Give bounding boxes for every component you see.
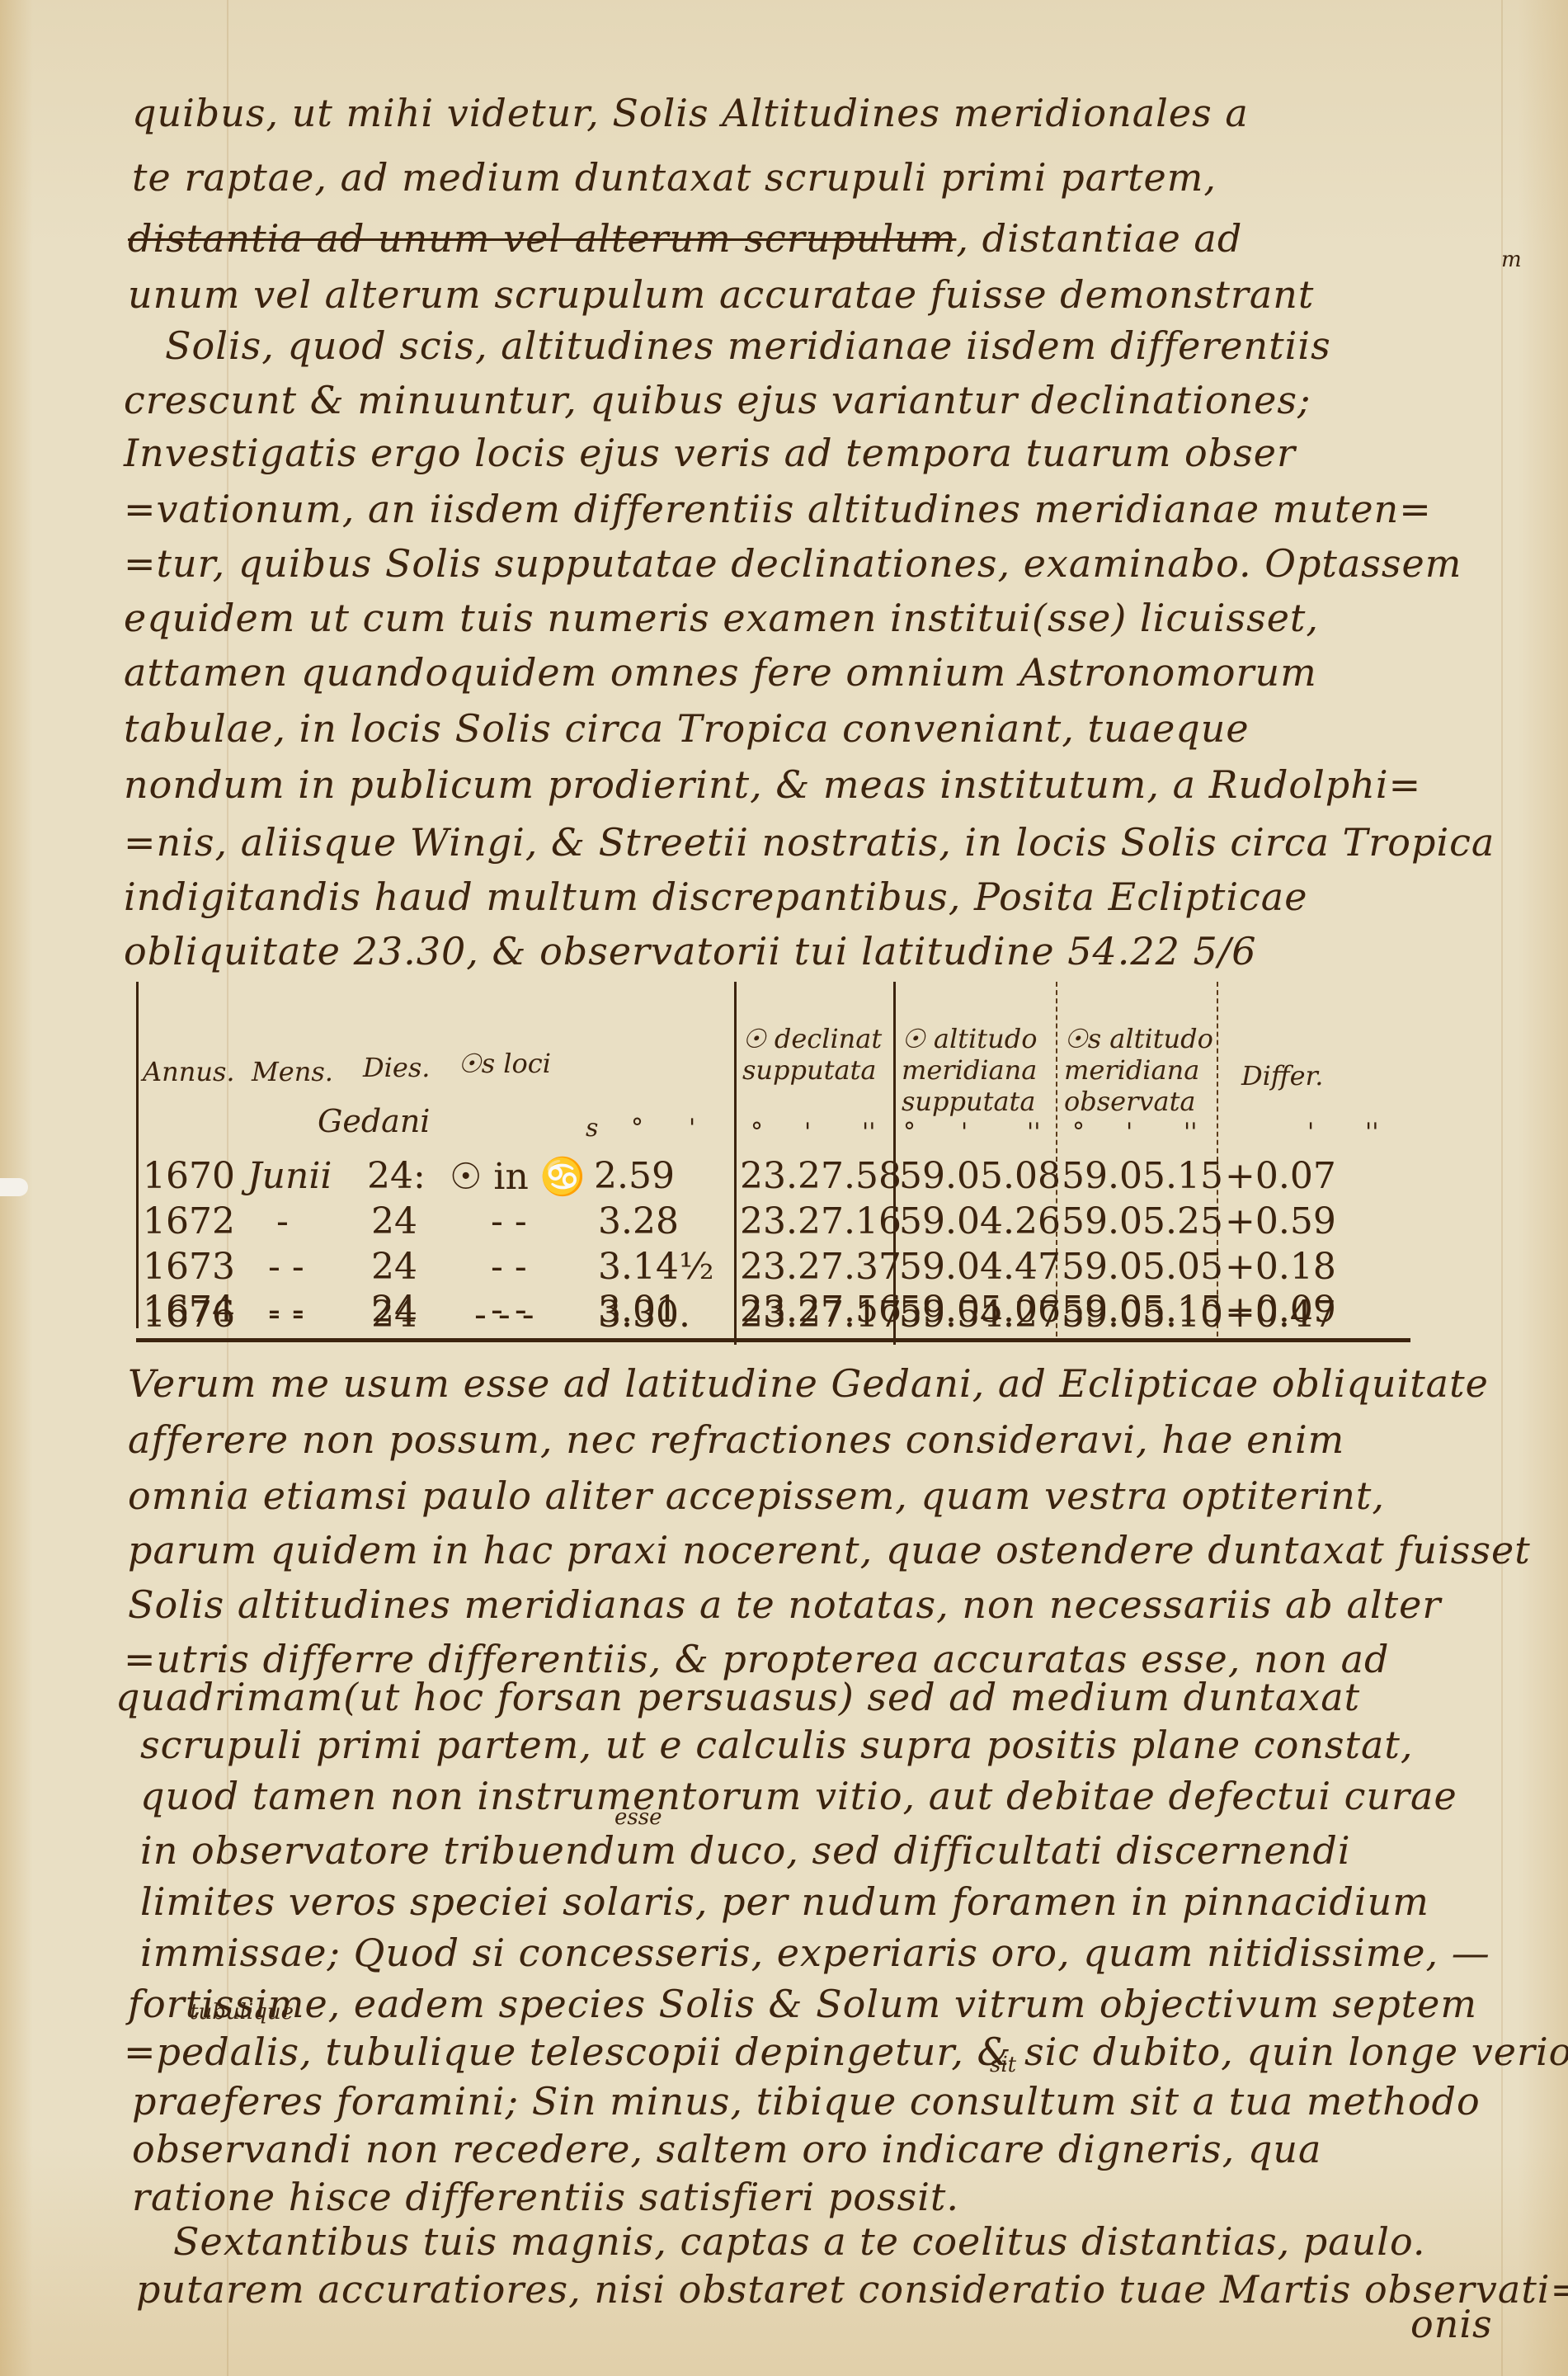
unit-label: ' (1307, 1118, 1314, 1147)
text-line: limites veros speciei solaris, per nudum… (140, 1879, 1429, 1924)
text-line: tabulae, in locis Solis circa Tropica co… (124, 706, 1250, 751)
text-line: ratione hisce differentiis satisfieri po… (132, 2175, 959, 2219)
text-line: crescunt & minuuntur, quibus ejus varian… (124, 378, 1311, 422)
text-line: scrupuli primi partem, ut e calculis sup… (140, 1723, 1414, 1767)
text-line: attamen quandoquidem omnes fere omnium A… (124, 650, 1317, 695)
unit-label: ' (1126, 1118, 1132, 1147)
text-line: quibus, ut mihi videtur, Solis Altitudin… (132, 91, 1249, 135)
header-gedani: Gedani (318, 1105, 430, 1137)
text-line: observandi non recedere, saltem oro indi… (132, 2127, 1321, 2171)
text-line: te raptae, ad medium duntaxat scrupuli p… (132, 155, 1217, 200)
superscript-insertion: tubulique (190, 2000, 294, 2025)
text-line-catchword: onis (1410, 2302, 1493, 2346)
text-line: fortissime, eadem species Solis & Solum … (128, 1982, 1477, 2026)
unit-label: '' (1184, 1118, 1198, 1147)
header-differ: Differ. (1241, 1060, 1323, 1091)
paper-fold-line (1501, 0, 1503, 2376)
text-line: Solis, quod scis, altitudines meridianae… (165, 323, 1331, 368)
text-line: equidem ut cum tuis numeris examen insti… (124, 596, 1319, 640)
header-mens: Mens. (252, 1056, 333, 1087)
table-row: 1670 Junii 24: ☉ in ♋ 2.59 23.27.58 59.0… (136, 1155, 1410, 1196)
text-line: nondum in publicum prodierint, & meas in… (124, 762, 1421, 807)
unit-label: ° (631, 1114, 643, 1143)
header-annus: Annus. (143, 1056, 235, 1087)
header-alt-supp: ☉ altitudo meridiana supputata (902, 1023, 1037, 1117)
table-row: 1676 - - 24 - - - 3.30. 23.27.17 59.54.2… (136, 1294, 1410, 1335)
text-line: obliquitate 23.30, & observatorii tui la… (124, 929, 1257, 973)
text-line: praeferes foramini; Sin minus, tibique c… (132, 2079, 1481, 2124)
text-line: indigitandis haud multum discrepantibus,… (124, 874, 1307, 919)
unit-label: '' (1027, 1118, 1041, 1147)
paper-tear (0, 1178, 28, 1196)
text-line: in observatore tribuendum duco, sed diff… (140, 1828, 1351, 1873)
table-row: 1673 - - 24 - - 3.14½ 23.27.37 59.04.47 … (136, 1246, 1410, 1287)
text-line: quod tamen non instrumentorum vitio, aut… (140, 1774, 1457, 1818)
unit-label: ' (961, 1118, 968, 1147)
unit-label: ° (1072, 1118, 1085, 1147)
text-line: afferere non possum, nec refractiones co… (128, 1417, 1344, 1462)
superscript-insertion: m (1501, 247, 1522, 272)
unit-label: '' (1365, 1118, 1379, 1147)
text-line: putarem accuratiores, nisi obstaret cons… (136, 2267, 1568, 2312)
unit-label: '' (862, 1118, 876, 1147)
text-line: =vationum, an iisdem differentiis altitu… (124, 487, 1432, 531)
unit-label: ° (751, 1118, 763, 1147)
text-line: Investigatis ergo locis ejus veris ad te… (124, 431, 1296, 475)
unit-label: ' (689, 1114, 695, 1143)
declination-table: Annus. Mens. Dies. ☉s loci Gedani ☉ decl… (136, 982, 1410, 1345)
superscript-insertion: esse (614, 1805, 662, 1830)
unit-label: s (586, 1114, 598, 1143)
text-continuation: , distantiae ad (956, 216, 1242, 261)
unit-label: ' (804, 1118, 811, 1147)
text-line: =tur, quibus Solis supputatae declinatio… (124, 541, 1462, 586)
text-line: =pedalis, tubulique telescopii depingetu… (124, 2029, 1568, 2074)
header-dies: Dies. (363, 1052, 430, 1083)
text-line: immissae; Quod si concesseris, experiari… (140, 1930, 1490, 1975)
struck-text: distantia ad unum vel alterum scrupulum (128, 216, 956, 261)
text-line-struck: distantia ad unum vel alterum scrupulum,… (128, 216, 1242, 261)
header-sol-loci: ☉s loci (458, 1048, 551, 1079)
text-line: omnia etiamsi paulo aliter accepissem, q… (128, 1473, 1385, 1518)
table-row: 1672 - 24 - - 3.28 23.27.16 59.04.26 59.… (136, 1200, 1410, 1242)
superscript-insertion: sit (990, 2053, 1016, 2077)
text-line: =nis, aliisque Wingi, & Streetii nostrat… (124, 820, 1495, 865)
text-line: Sextantibus tuis magnis, captas a te coe… (173, 2219, 1426, 2264)
header-declinat: ☉ declinat supputata (742, 1023, 882, 1086)
text-line: parum quidem in hac praxi nocerent, quae… (128, 1528, 1531, 1572)
text-line: quadrimam(ut hoc forsan persuasus) sed a… (115, 1675, 1360, 1719)
unit-label: ° (903, 1118, 916, 1147)
text-line: Solis altitudines meridianas a te notata… (128, 1582, 1441, 1627)
header-alt-obs: ☉s altitudo meridiana observata (1064, 1023, 1213, 1117)
text-line: unum vel alterum scrupulum accuratae fui… (128, 272, 1314, 317)
text-line: Verum me usum esse ad latitudine Gedani,… (128, 1361, 1489, 1406)
table-bottom-rule (136, 1338, 1410, 1342)
